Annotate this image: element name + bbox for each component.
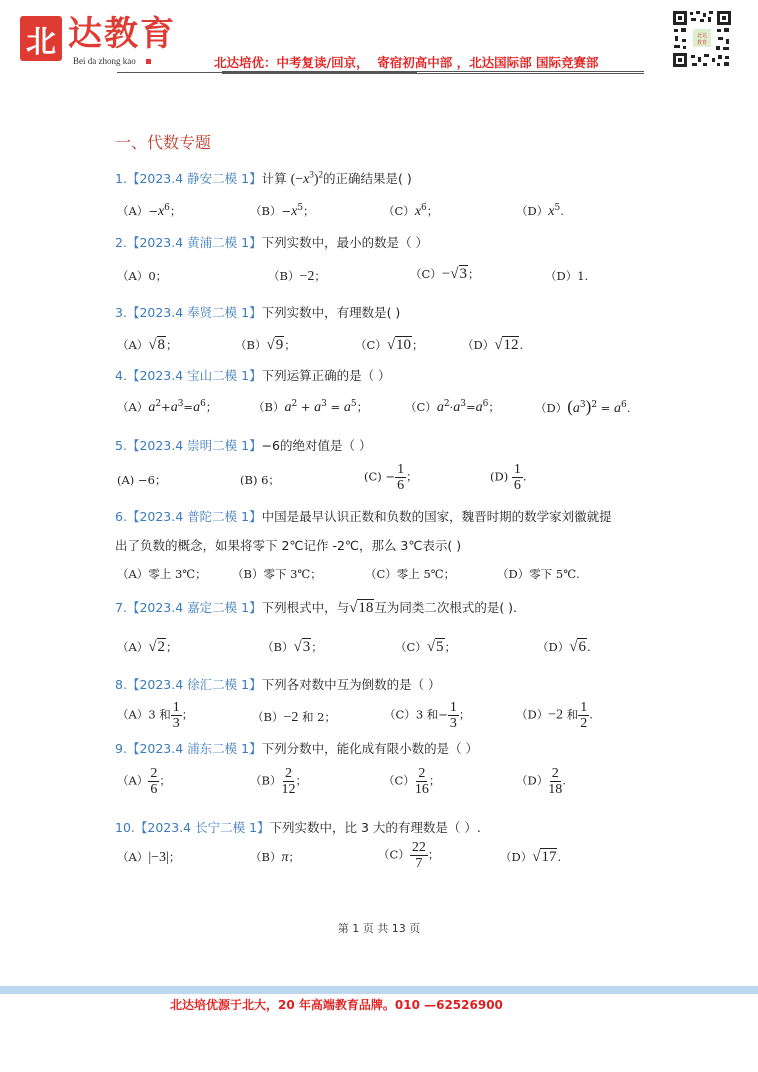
option-d: （D）218.: [516, 766, 566, 797]
option-a: （A）√2；: [117, 639, 178, 656]
option-a: （A）|−3|；: [117, 849, 180, 866]
question-stem: 中国是最早认识正数和负数的国家，魏晋时期的数学家刘徽就提: [262, 509, 612, 524]
question-math: (−x3)2: [291, 172, 323, 187]
option-a: （A）零上 3℃；: [117, 566, 207, 582]
option-b: (B) 6；: [240, 472, 280, 488]
question-7: 7.【2023.4 嘉定二模 1】下列根式中，与√18互为同类二次根式的是( )…: [115, 598, 517, 617]
question-number: 7.: [115, 600, 127, 615]
option-d: （D）√12.: [462, 337, 523, 354]
qr-code-icon: 北达 教育: [671, 9, 733, 69]
option-a: (A) −6；: [117, 472, 166, 488]
question-4: 4.【2023.4 宝山二模 1】下列运算正确的是（ ）: [115, 366, 391, 384]
question-number: 9.: [115, 741, 127, 756]
question-number: 3.: [115, 305, 127, 320]
question-source: 【2023.4 静安二模 1】: [127, 171, 262, 186]
option-c: （C）−√3；: [410, 266, 480, 283]
question-10: 10.【2023.4 长宁二模 1】下列实数中，比 3 大的有理数是（ ）.: [115, 818, 481, 836]
logo-text: 达教育: [68, 14, 176, 54]
question-stem: 下列实数中，最小的数是（ ）: [262, 235, 428, 250]
option-b: （B）−2 和 2；: [252, 709, 336, 726]
option-a: （A）√8；: [117, 337, 178, 354]
option-b: （B）√9；: [235, 337, 296, 354]
option-d: （D）√17.: [500, 849, 561, 866]
question-number: 2.: [115, 235, 127, 250]
question-1: 1.【2023.4 静安二模 1】计算 (−x3)2的正确结果是( ): [115, 169, 412, 188]
question-stem-end: 互为同类二次根式的是( ).: [374, 600, 517, 615]
question-number: 1.: [115, 171, 127, 186]
question-source: 【2023.4 黄浦二模 1】: [127, 235, 262, 250]
option-c: (C) −16；: [364, 462, 418, 493]
question-stem: 下列实数中，比 3 大的有理数是（ ）.: [270, 820, 481, 835]
question-stem: 计算: [262, 171, 287, 186]
option-d: （D）1.: [545, 268, 588, 284]
option-d: （D）零下 5℃.: [497, 566, 580, 582]
footer-bar: [0, 986, 758, 994]
option-c: （C）3 和−13；: [384, 700, 470, 731]
question-6: 6.【2023.4 普陀二模 1】中国是最早认识正数和负数的国家，魏晋时期的数学…: [115, 507, 612, 525]
header-slogan: 北达培优：中考复读/回京， 寄宿初高中部 ，北达国际部 国际竞赛部: [214, 53, 598, 71]
option-b: （B）a2 + a3 = a5；: [253, 399, 368, 416]
option-d: (D) 16.: [490, 462, 527, 493]
question-5: 5.【2023.4 崇明二模 1】−6的绝对值是（ ）: [115, 436, 371, 454]
option-b: （B）π；: [250, 849, 300, 866]
option-d: （D）√6.: [537, 639, 591, 656]
question-math: √18: [349, 599, 374, 616]
question-source: 【2023.4 浦东二模 1】: [127, 741, 262, 756]
question-source: 【2023.4 嘉定二模 1】: [127, 600, 262, 615]
option-b: （B）−2；: [268, 268, 326, 285]
question-6-line2: 出了负数的概念，如果将零下 2℃记作 -2℃，那么 3℃表示( ): [115, 536, 461, 554]
question-source: 【2023.4 普陀二模 1】: [127, 509, 262, 524]
question-source: 【2023.4 崇明二模 1】: [127, 438, 262, 453]
option-a: （A）3 和13；: [117, 700, 193, 731]
question-source: 【2023.4 宝山二模 1】: [127, 368, 262, 383]
option-a: （A）26；: [117, 766, 171, 797]
option-c: （C）√5；: [395, 639, 456, 656]
question-stem: 下列根式中，与: [262, 600, 350, 615]
option-b: （B）212；: [250, 766, 307, 797]
logo-mark: 北: [20, 16, 62, 61]
header-double-rule: [222, 71, 644, 74]
question-8: 8.【2023.4 徐汇二模 1】下列各对数中互为倒数的是（ ）: [115, 675, 441, 693]
option-a: （A）−x6；: [117, 203, 181, 220]
option-a: （A）0；: [117, 268, 167, 284]
question-stem: 下列各对数中互为倒数的是（ ）: [262, 677, 441, 692]
option-a: （A）a2+a3=a6；: [117, 399, 217, 416]
svg-text:教育: 教育: [697, 39, 707, 46]
question-number: 4.: [115, 368, 127, 383]
question-stem-end: 的正确结果是( ): [323, 171, 412, 186]
section-title: 一、代数专题: [115, 130, 211, 153]
question-stem: 下列分数中，能化成有限小数的是（ ）: [262, 741, 478, 756]
svg-text:北达: 北达: [697, 32, 707, 39]
question-number: 8.: [115, 677, 127, 692]
question-stem: 下列运算正确的是（ ）: [262, 368, 391, 383]
question-9: 9.【2023.4 浦东二模 1】下列分数中，能化成有限小数的是（ ）: [115, 739, 478, 757]
question-source: 【2023.4 徐汇二模 1】: [127, 677, 262, 692]
option-c: （C）x6；: [383, 203, 438, 220]
question-number: 6.: [115, 509, 127, 524]
logo-subtitle: Bei da zhong kao: [73, 56, 136, 66]
option-b: （B）√3；: [262, 639, 323, 656]
logo-square-icon: [146, 59, 151, 64]
option-c: （C）227；: [378, 840, 439, 871]
option-c: （C）零上 5℃；: [365, 566, 455, 582]
question-number: 10.: [115, 820, 135, 835]
question-stem: 出了负数的概念，如果将零下 2℃记作 -2℃，那么 3℃表示( ): [115, 538, 461, 553]
question-2: 2.【2023.4 黄浦二模 1】下列实数中，最小的数是（ ）: [115, 233, 428, 251]
question-source: 【2023.4 长宁二模 1】: [135, 820, 270, 835]
footer-slogan: 北达培优源于北大，20 年高端教育品牌。010 —62526900: [170, 996, 503, 1013]
option-c: （C）√10；: [355, 337, 424, 354]
page-number: 第 1 页 共 13 页: [0, 920, 758, 936]
question-number: 5.: [115, 438, 127, 453]
question-3: 3.【2023.4 奉贤二模 1】下列实数中，有理数是( ): [115, 303, 400, 321]
question-stem: 下列实数中，有理数是( ): [262, 305, 401, 320]
option-b: （B）−x5；: [250, 203, 315, 220]
option-d: （D）−2 和12.: [516, 700, 593, 731]
question-source: 【2023.4 奉贤二模 1】: [127, 305, 262, 320]
option-c: （C）a2·a3=a6；: [405, 399, 500, 416]
option-d: （D）(a3)2 = a6.: [535, 397, 630, 417]
option-b: （B）零下 3℃；: [232, 566, 322, 582]
question-stem: −6的绝对值是（ ）: [262, 438, 372, 453]
option-d: （D）x5.: [516, 203, 564, 220]
option-c: （C）216；: [383, 766, 440, 797]
